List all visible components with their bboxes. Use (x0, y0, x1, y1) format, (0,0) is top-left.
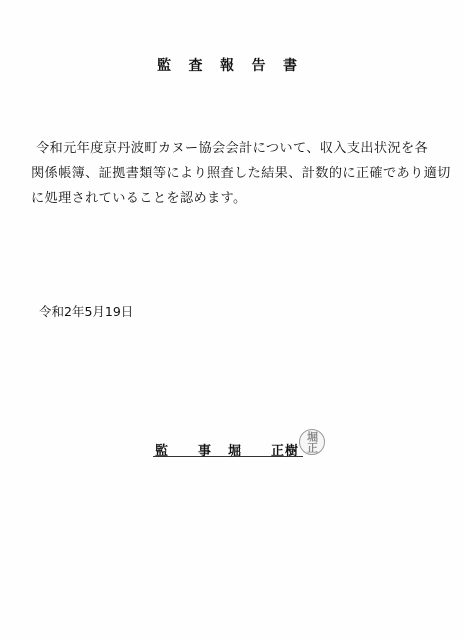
body-text-line: 令和元年度京丹波町カヌー協会会計について、収入支出状況を各 (36, 141, 428, 157)
title-char: 査 (189, 55, 203, 73)
title-char: 監 (157, 55, 171, 73)
title-char: 書 (283, 55, 297, 73)
title-char: 告 (252, 55, 266, 73)
title-char: 報 (220, 55, 234, 73)
signature-family-name: 堀 (228, 440, 241, 459)
signature-role: 監 事 (155, 440, 211, 459)
document-date: 令和2年5月19日 (39, 302, 133, 320)
body-text-line: に処理されていることを認めます。 (31, 191, 247, 207)
body-text-line: 関係帳簿、証拠書類等により照査した結果、計数的に正確であり適切 (31, 166, 451, 182)
signature-given-name: 正樹 (271, 440, 299, 459)
signature-line: 監 事 堀 正樹 (153, 440, 303, 457)
document-title: 監 査 報 告 書 (157, 55, 297, 73)
document-page: 監 査 報 告 書 令和元年度京丹波町カヌー協会会計について、収入支出状況を各 … (0, 0, 465, 640)
seal-stamp-icon: 堀正 (299, 429, 325, 455)
role-char: 監 (155, 440, 168, 459)
role-char: 事 (198, 440, 211, 459)
